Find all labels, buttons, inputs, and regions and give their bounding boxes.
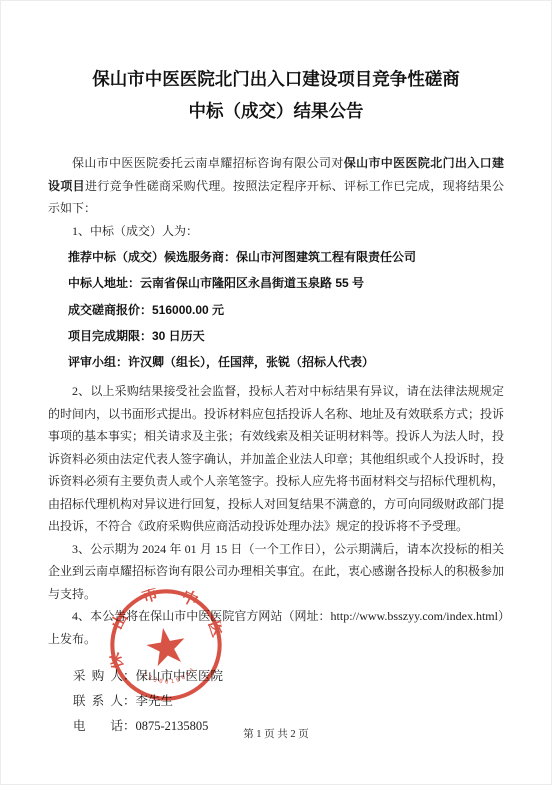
announcement-page: 保山市中医医院北门出入口建设项目竞争性磋商 中标（成交）结果公告 保山市中医医院… [0,0,552,785]
award-candidate-line: 推荐中标（成交）候选服务商：保山市河图建筑工程有限责任公司 [68,244,504,270]
section1-heading: 1、中标（成交）人为： [48,220,504,243]
document-title: 保山市中医医院北门出入口建设项目竞争性磋商 中标（成交）结果公告 [48,1,504,127]
section3-paragraph: 3、公示期为 2024 年 01 月 15 日（一个工作日），公示期满后，请本次… [48,538,504,606]
section2-paragraph: 2、以上采购结果接受社会监督，投标人若对中标结果有异议，请在法律法规规定的时间内… [48,380,504,538]
review-panel-line: 评审小组：许汉卿（组长），任国萍，张锐（招标人代表） [68,349,504,375]
award-detail-list: 推荐中标（成交）候选服务商：保山市河图建筑工程有限责任公司 中标人地址：云南省保… [68,244,504,375]
title-line-2: 中标（成交）结果公告 [48,95,504,127]
document-content: 保山市中医医院北门出入口建设项目竞争性磋商 中标（成交）结果公告 保山市中医医院… [48,1,504,739]
intro-text-pre: 保山市中医医院委托云南卓耀招标咨询有限公司对 [72,156,344,170]
winner-address-line: 中标人地址：云南省保山市隆阳区永昌街道玉泉路 55 号 [68,270,504,296]
contact-person-line: 联 系 人：李先生 [73,689,504,714]
footer-page-number: 第 1 页 共 2 页 [1,726,551,741]
purchaser-line: 采 购 人：保山市中医医院 [73,664,504,689]
intro-text-post: 进行竞争性磋商采购代理。按照法定程序开标、评标工作已完成，现将结果公示如下： [48,179,504,216]
title-line-1: 保山市中医医院北门出入口建设项目竞争性磋商 [48,63,504,95]
intro-paragraph: 保山市中医医院委托云南卓耀招标咨询有限公司对保山市中医医院北门出入口建设项目进行… [48,152,504,220]
section4-paragraph: 4、本公告将在保山市中医医院官方网站（网址：http://www.bsszyy.… [48,605,504,650]
deal-price-line: 成交磋商报价：516000.00 元 [68,297,504,323]
completion-period-line: 项目完成期限：30 日历天 [68,323,504,349]
